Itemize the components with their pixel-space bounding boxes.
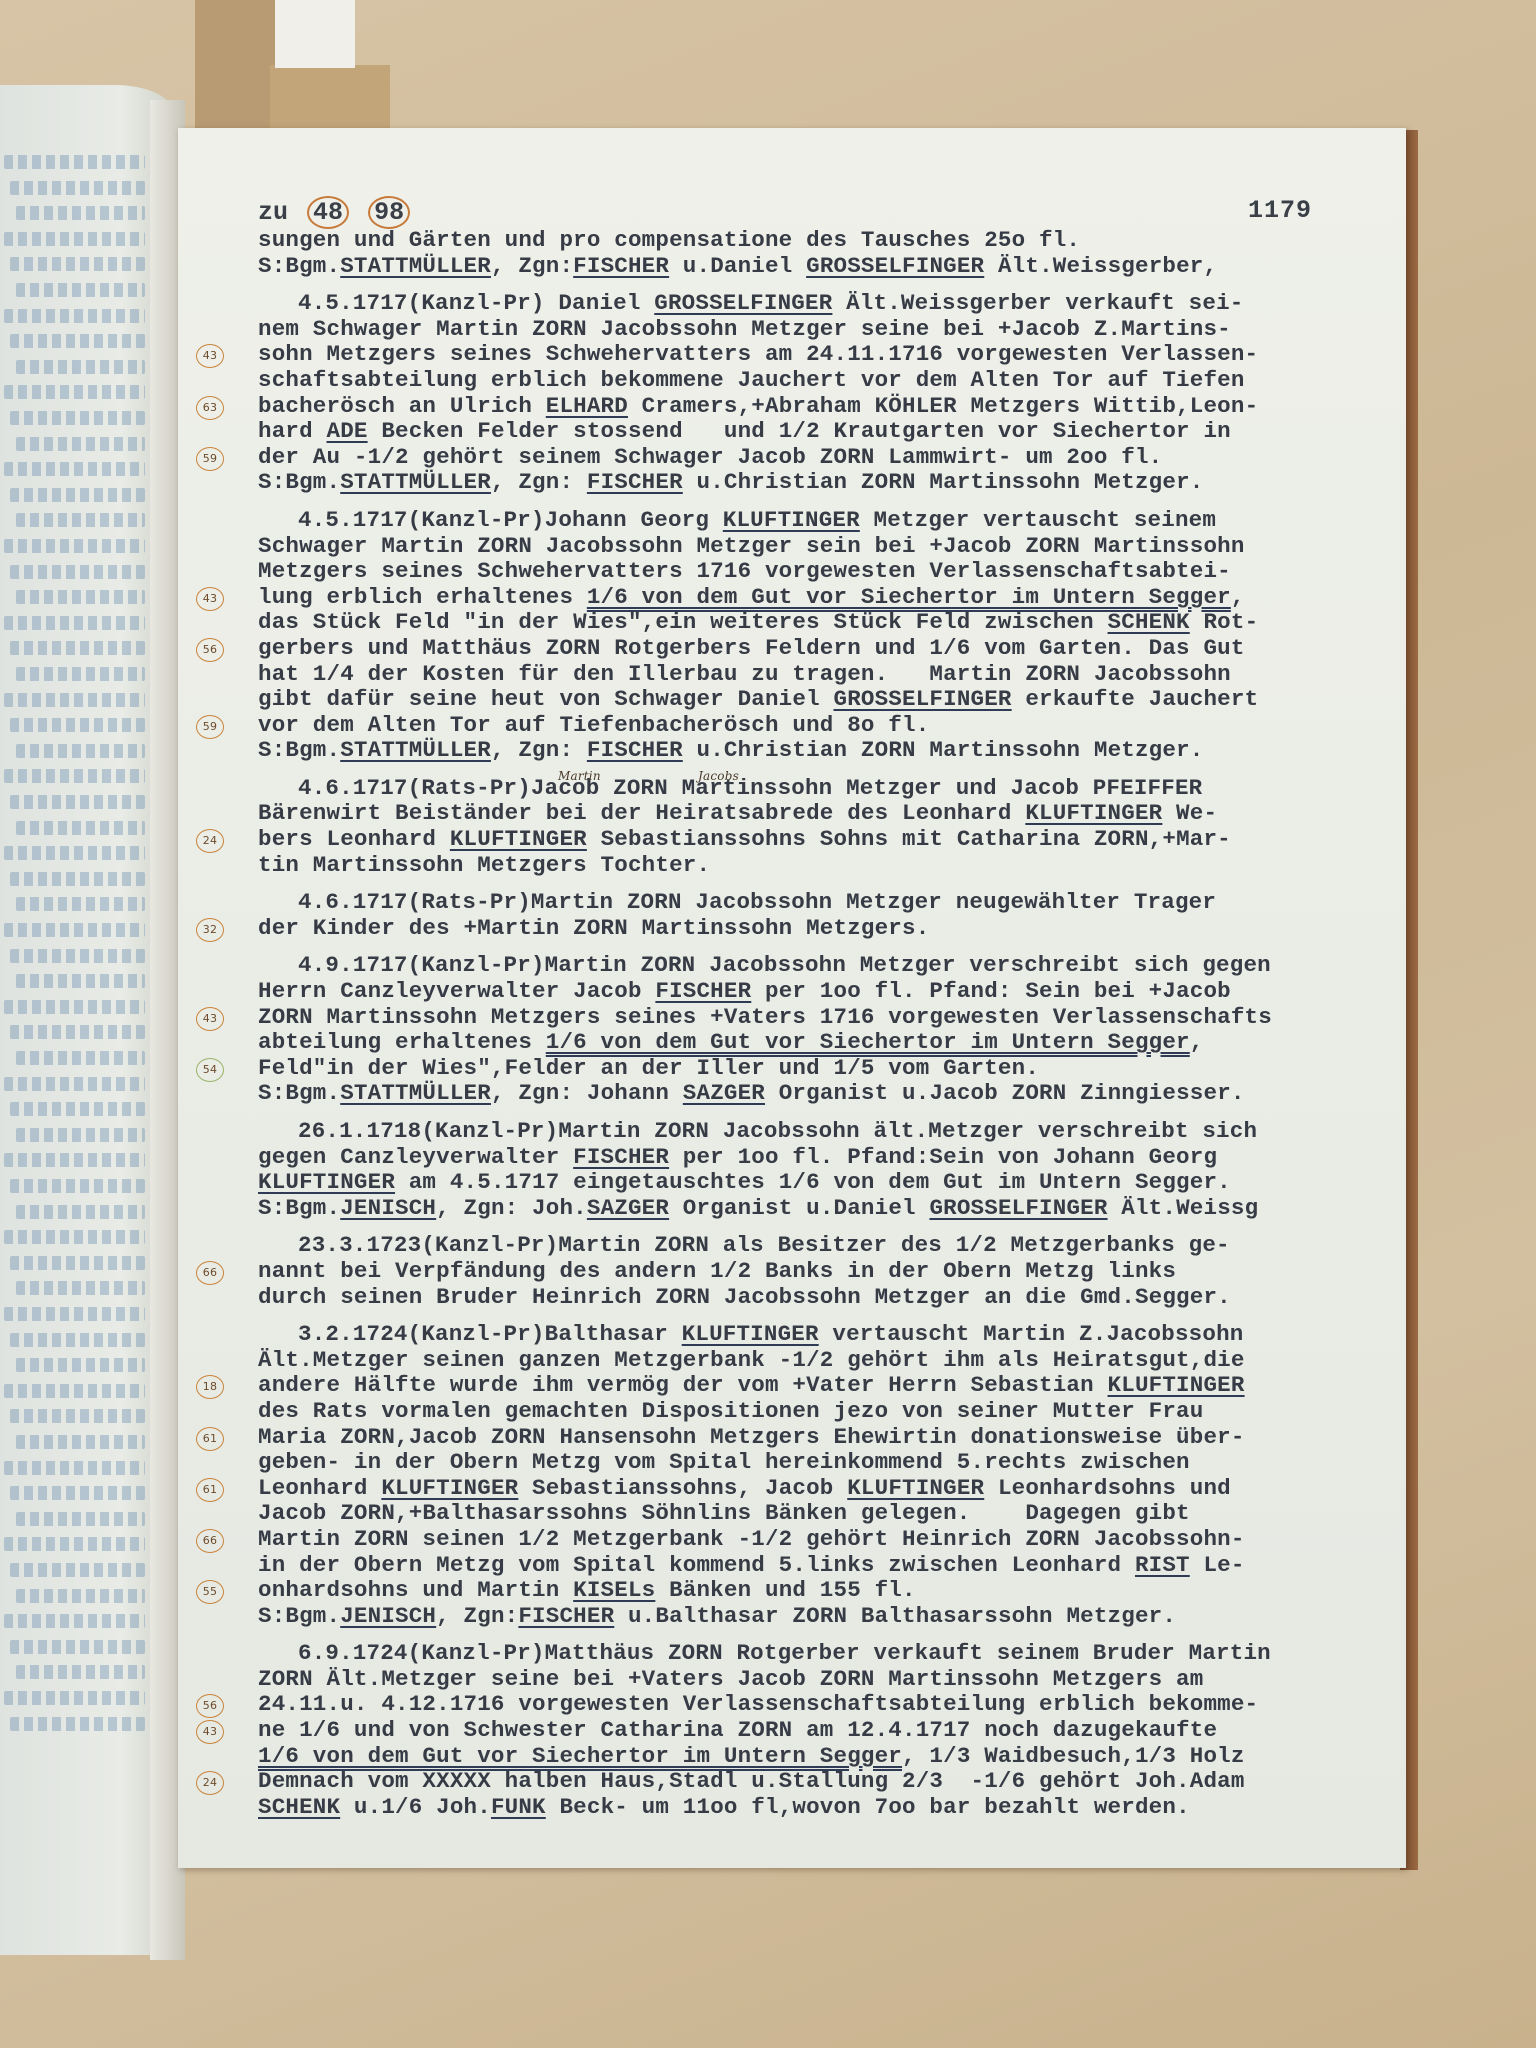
text-line: 4.9.1717(Kanzl-Pr)Martin ZORN Jacobssohn…: [258, 953, 1388, 979]
document-entry: 4.6.1717(Rats-Pr)Jacob ZORN Martinssohn …: [258, 776, 1388, 878]
show-through-text: [10, 718, 145, 732]
margin-reference-mark: 32: [196, 918, 224, 942]
page-number: 1179: [1248, 196, 1312, 225]
show-through-text: [4, 1077, 145, 1091]
text-line: des Rats vormalen gemachten Dispositione…: [258, 1399, 1388, 1425]
show-through-text: [16, 1512, 145, 1526]
show-through-text: [10, 1256, 145, 1270]
text-line: geben- in der Obern Metzg vom Spital her…: [258, 1450, 1388, 1476]
text-line: lung erblich erhaltenes 1/6 von dem Gut …: [258, 585, 1388, 611]
text-line: Feld"in der Wies",Felder an der Iller un…: [258, 1056, 1388, 1082]
show-through-text: [16, 1435, 145, 1449]
text-line: tin Martinssohn Metzgers Tochter.: [258, 853, 1388, 879]
text-line: SCHENK u.1/6 Joh.FUNK Beck- um 11oo fl,w…: [258, 1795, 1388, 1821]
margin-reference-mark: 59: [196, 447, 224, 471]
show-through-text: [16, 206, 145, 220]
show-through-text: [4, 1230, 145, 1244]
text-line: 24.11.u. 4.12.1716 vorgewesten Verlassen…: [258, 1692, 1388, 1718]
show-through-text: [16, 667, 145, 681]
text-line: Leonhard KLUFTINGER Sebastianssohns, Jac…: [258, 1476, 1388, 1502]
margin-reference-mark: 24: [196, 829, 224, 853]
margin-reference-mark: 61: [196, 1478, 224, 1502]
show-through-text: [16, 744, 145, 758]
show-through-text: [10, 1025, 145, 1039]
text-line: der Kinder des +Martin ZORN Martinssohn …: [258, 916, 1388, 942]
document-page: zu 48 98 1179 sungen und Gärten und pro …: [178, 128, 1406, 1868]
margin-reference-mark: 56: [196, 1694, 224, 1718]
show-through-text: [10, 1409, 145, 1423]
show-through-text: [16, 1358, 145, 1372]
show-through-text: [4, 1614, 145, 1628]
show-through-text: [4, 309, 145, 323]
margin-reference-mark: 18: [196, 1375, 224, 1399]
text-line: 6.9.1724(Kanzl-Pr)Matthäus ZORN Rotgerbe…: [258, 1641, 1388, 1667]
document-entry: 4.9.1717(Kanzl-Pr)Martin ZORN Jacobssohn…: [258, 953, 1388, 1107]
show-through-text: [4, 693, 145, 707]
text-line: 4.5.1717(Kanzl-Pr) Daniel GROSSELFINGER …: [258, 291, 1388, 317]
text-line: Ält.Metzger seinen ganzen Metzgerbank -1…: [258, 1348, 1388, 1374]
text-line: sohn Metzgers seines Schwehervatters am …: [258, 342, 1388, 368]
text-line: Demnach vom XXXXX halben Haus,Stadl u.St…: [258, 1769, 1388, 1795]
document-entry: 4.6.1717(Rats-Pr)Martin ZORN Jacobssohn …: [258, 890, 1388, 941]
margin-reference-mark: 43: [196, 1720, 224, 1744]
text-line: 4.6.1717(Rats-Pr)Jacob ZORN Martinssohn …: [258, 776, 1388, 802]
show-through-text: [16, 1051, 145, 1065]
text-line: Herrn Canzleyverwalter Jacob FISCHER per…: [258, 979, 1388, 1005]
margin-reference-mark: 59: [196, 715, 224, 739]
show-through-text: [4, 1537, 145, 1551]
show-through-text: [10, 641, 145, 655]
document-entry: 4.5.1717(Kanzl-Pr)Johann Georg KLUFTINGE…: [258, 508, 1388, 764]
reference-prefix: zu: [258, 198, 288, 227]
document-entry: 4.5.1717(Kanzl-Pr) Daniel GROSSELFINGER …: [258, 291, 1388, 496]
show-through-text: [10, 1179, 145, 1193]
text-line: andere Hälfte wurde ihm vermög der vom +…: [258, 1373, 1388, 1399]
paper-slip: [275, 0, 355, 68]
text-line: Martin ZORN seinen 1/2 Metzgerbank -1/2 …: [258, 1527, 1388, 1553]
margin-reference-mark: 43: [196, 344, 224, 368]
text-line: gegen Canzleyverwalter FISCHER per 1oo f…: [258, 1145, 1388, 1171]
show-through-text: [10, 1333, 145, 1347]
text-line: gerbers und Matthäus ZORN Rotgerbers Fel…: [258, 636, 1388, 662]
show-through-text: [16, 1128, 145, 1142]
text-line: ZORN Ält.Metzger seine bei +Vaters Jacob…: [258, 1667, 1388, 1693]
document-entry: 26.1.1718(Kanzl-Pr)Martin ZORN Jacobssoh…: [258, 1119, 1388, 1221]
show-through-text: [16, 974, 145, 988]
text-line: bers Leonhard KLUFTINGER Sebastianssohns…: [258, 827, 1388, 853]
text-line: 4.5.1717(Kanzl-Pr)Johann Georg KLUFTINGE…: [258, 508, 1388, 534]
show-through-text: [10, 334, 145, 348]
document-entry: 6.9.1724(Kanzl-Pr)Matthäus ZORN Rotgerbe…: [258, 1641, 1388, 1820]
document-entry: sungen und Gärten und pro compensatione …: [258, 228, 1388, 279]
show-through-text: [16, 821, 145, 835]
show-through-text: [10, 1640, 145, 1654]
show-through-text: [4, 1153, 145, 1167]
show-through-text: [10, 949, 145, 963]
show-through-text: [10, 1563, 145, 1577]
reference-header: zu 48 98: [258, 196, 410, 229]
text-line: hard ADE Becken Felder stossend und 1/2 …: [258, 419, 1388, 445]
reference-number-circled: 98: [368, 196, 410, 229]
margin-reference-mark: 54: [196, 1058, 224, 1082]
show-through-text: [4, 462, 145, 476]
text-line: schaftsabteilung erblich bekommene Jauch…: [258, 368, 1388, 394]
text-line: Jacob ZORN,+Balthasarssohns Söhnlins Bän…: [258, 1501, 1388, 1527]
handwritten-correction: Martin: [558, 764, 601, 790]
show-through-text: [16, 1281, 145, 1295]
margin-reference-mark: 66: [196, 1261, 224, 1285]
show-through-text: [4, 1691, 145, 1705]
margin-reference-mark: 61: [196, 1427, 224, 1451]
text-line: hat 1/4 der Kosten für den Illerbau zu t…: [258, 662, 1388, 688]
text-line: KLUFTINGER am 4.5.1717 eingetauschtes 1/…: [258, 1170, 1388, 1196]
show-through-text: [10, 1717, 145, 1731]
show-through-text: [4, 1000, 145, 1014]
left-facing-page: [0, 85, 175, 1955]
text-line: S:Bgm.STATTMÜLLER, Zgn: FISCHER u.Christ…: [258, 738, 1388, 764]
show-through-text: [16, 437, 145, 451]
text-line: 26.1.1718(Kanzl-Pr)Martin ZORN Jacobssoh…: [258, 1119, 1388, 1145]
show-through-text: [4, 1307, 145, 1321]
text-line: nannt bei Verpfändung des andern 1/2 Ban…: [258, 1259, 1388, 1285]
text-line: S:Bgm.JENISCH, Zgn: Joh.SAZGER Organist …: [258, 1196, 1388, 1222]
show-through-text: [4, 1461, 145, 1475]
show-through-text: [16, 1665, 145, 1679]
show-through-text: [10, 257, 145, 271]
text-line: 23.3.1723(Kanzl-Pr)Martin ZORN als Besit…: [258, 1233, 1388, 1259]
show-through-text: [10, 795, 145, 809]
text-line: in der Obern Metzg vom Spital kommend 5.…: [258, 1553, 1388, 1579]
margin-reference-mark: 24: [196, 1771, 224, 1795]
binder-cardboard-strip: [270, 65, 390, 130]
show-through-text: [10, 1486, 145, 1500]
show-through-text: [16, 1589, 145, 1603]
show-through-text: [10, 411, 145, 425]
text-line: sungen und Gärten und pro compensatione …: [258, 228, 1388, 254]
margin-reference-mark: 56: [196, 638, 224, 662]
text-line: S:Bgm.STATTMÜLLER, Zgn: FISCHER u.Christ…: [258, 470, 1388, 496]
text-line: bacherösch an Ulrich ELHARD Cramers,+Abr…: [258, 394, 1388, 420]
typewritten-body: sungen und Gärten und pro compensatione …: [258, 228, 1388, 1832]
text-line: 3.2.1724(Kanzl-Pr)Balthasar KLUFTINGER v…: [258, 1322, 1388, 1348]
text-line: durch seinen Bruder Heinrich ZORN Jacobs…: [258, 1285, 1388, 1311]
show-through-text: [4, 846, 145, 860]
text-line: Maria ZORN,Jacob ZORN Hansensohn Metzger…: [258, 1425, 1388, 1451]
margin-reference-mark: 43: [196, 1007, 224, 1031]
show-through-text: [16, 360, 145, 374]
text-line: nem Schwager Martin ZORN Jacobssohn Metz…: [258, 317, 1388, 343]
text-line: ne 1/6 und von Schwester Catharina ZORN …: [258, 1718, 1388, 1744]
show-through-text: [10, 565, 145, 579]
show-through-text: [10, 1102, 145, 1116]
margin-reference-mark: 63: [196, 396, 224, 420]
document-entry: 3.2.1724(Kanzl-Pr)Balthasar KLUFTINGER v…: [258, 1322, 1388, 1629]
show-through-text: [16, 897, 145, 911]
text-line: abteilung erhaltenes 1/6 von dem Gut vor…: [258, 1030, 1388, 1056]
show-through-text: [16, 513, 145, 527]
handwritten-correction: Jacobs: [698, 764, 739, 790]
show-through-text: [16, 283, 145, 297]
show-through-text: [4, 1384, 145, 1398]
show-through-text: [10, 488, 145, 502]
text-line: 4.6.1717(Rats-Pr)Martin ZORN Jacobssohn …: [258, 890, 1388, 916]
text-line: vor dem Alten Tor auf Tiefenbacherösch u…: [258, 713, 1388, 739]
show-through-text: [4, 385, 145, 399]
show-through-text: [4, 769, 145, 783]
text-line: Bärenwirt Beiständer bei der Heiratsabre…: [258, 801, 1388, 827]
text-line: S:Bgm.STATTMÜLLER, Zgn: Johann SAZGER Or…: [258, 1081, 1388, 1107]
text-line: 1/6 von dem Gut vor Siechertor im Untern…: [258, 1744, 1388, 1770]
show-through-text: [4, 539, 145, 553]
show-through-text: [10, 181, 145, 195]
text-line: ZORN Martinssohn Metzgers seines +Vaters…: [258, 1005, 1388, 1031]
text-line: der Au -1/2 gehört seinem Schwager Jacob…: [258, 445, 1388, 471]
show-through-text: [4, 155, 145, 169]
margin-reference-mark: 66: [196, 1529, 224, 1553]
show-through-text: [16, 590, 145, 604]
reference-number-circled: 48: [307, 196, 349, 229]
show-through-text: [10, 872, 145, 886]
show-through-text: [4, 232, 145, 246]
text-line: Metzgers seines Schwehervatters 1716 vor…: [258, 559, 1388, 585]
margin-reference-mark: 43: [196, 587, 224, 611]
show-through-text: [4, 616, 145, 630]
text-line: Schwager Martin ZORN Jacobssohn Metzger …: [258, 534, 1388, 560]
show-through-text: [16, 1205, 145, 1219]
margin-reference-mark: 55: [196, 1580, 224, 1604]
text-line: gibt dafür seine heut von Schwager Danie…: [258, 687, 1388, 713]
text-line: das Stück Feld "in der Wies",ein weitere…: [258, 610, 1388, 636]
text-line: onhardsohns und Martin KISELs Bänken und…: [258, 1578, 1388, 1604]
document-entry: 23.3.1723(Kanzl-Pr)Martin ZORN als Besit…: [258, 1233, 1388, 1310]
show-through-text: [4, 923, 145, 937]
text-line: S:Bgm.JENISCH, Zgn:FISCHER u.Balthasar Z…: [258, 1604, 1388, 1630]
text-line: S:Bgm.STATTMÜLLER, Zgn:FISCHER u.Daniel …: [258, 254, 1388, 280]
